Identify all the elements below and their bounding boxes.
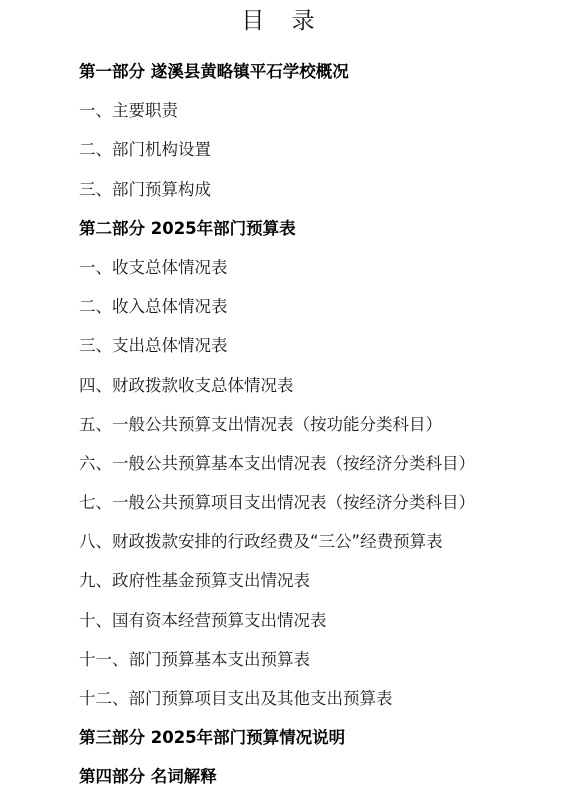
toc-item[interactable]: 七、一般公共预算项目支出情况表（按经济分类科目） — [79, 490, 556, 529]
toc-item[interactable]: 十二、部门预算项目支出及其他支出预算表 — [79, 686, 556, 725]
toc-item[interactable]: 一、收支总体情况表 — [79, 255, 556, 294]
toc-item[interactable]: 三、支出总体情况表 — [79, 333, 556, 372]
toc-item[interactable]: 八、财政拨款安排的行政经费及“三公”经费预算表 — [79, 529, 556, 568]
toc-part-4[interactable]: 第四部分 名词解释 — [79, 764, 556, 803]
toc-item[interactable]: 一、主要职责 — [79, 98, 556, 137]
toc-item[interactable]: 六、一般公共预算基本支出情况表（按经济分类科目） — [79, 451, 556, 490]
toc-item[interactable]: 二、部门机构设置 — [79, 137, 556, 176]
toc-part-3[interactable]: 第三部分 2025年部门预算情况说明 — [79, 725, 556, 764]
toc-item[interactable]: 二、收入总体情况表 — [79, 294, 556, 333]
toc-item[interactable]: 五、一般公共预算支出情况表（按功能分类科目） — [79, 412, 556, 451]
toc-item[interactable]: 四、财政拨款收支总体情况表 — [79, 373, 556, 412]
toc-item[interactable]: 九、政府性基金预算支出情况表 — [79, 568, 556, 607]
toc-part-1[interactable]: 第一部分 遂溪县黄略镇平石学校概况 — [79, 59, 556, 98]
page-title: 目 录 — [0, 5, 566, 37]
toc-item[interactable]: 十、国有资本经营预算支出情况表 — [79, 608, 556, 647]
toc-item[interactable]: 三、部门预算构成 — [79, 177, 556, 216]
toc-part-2[interactable]: 第二部分 2025年部门预算表 — [79, 216, 556, 255]
toc-item[interactable]: 十一、部门预算基本支出预算表 — [79, 647, 556, 686]
table-of-contents: 第一部分 遂溪县黄略镇平石学校概况 一、主要职责 二、部门机构设置 三、部门预算… — [79, 59, 556, 804]
